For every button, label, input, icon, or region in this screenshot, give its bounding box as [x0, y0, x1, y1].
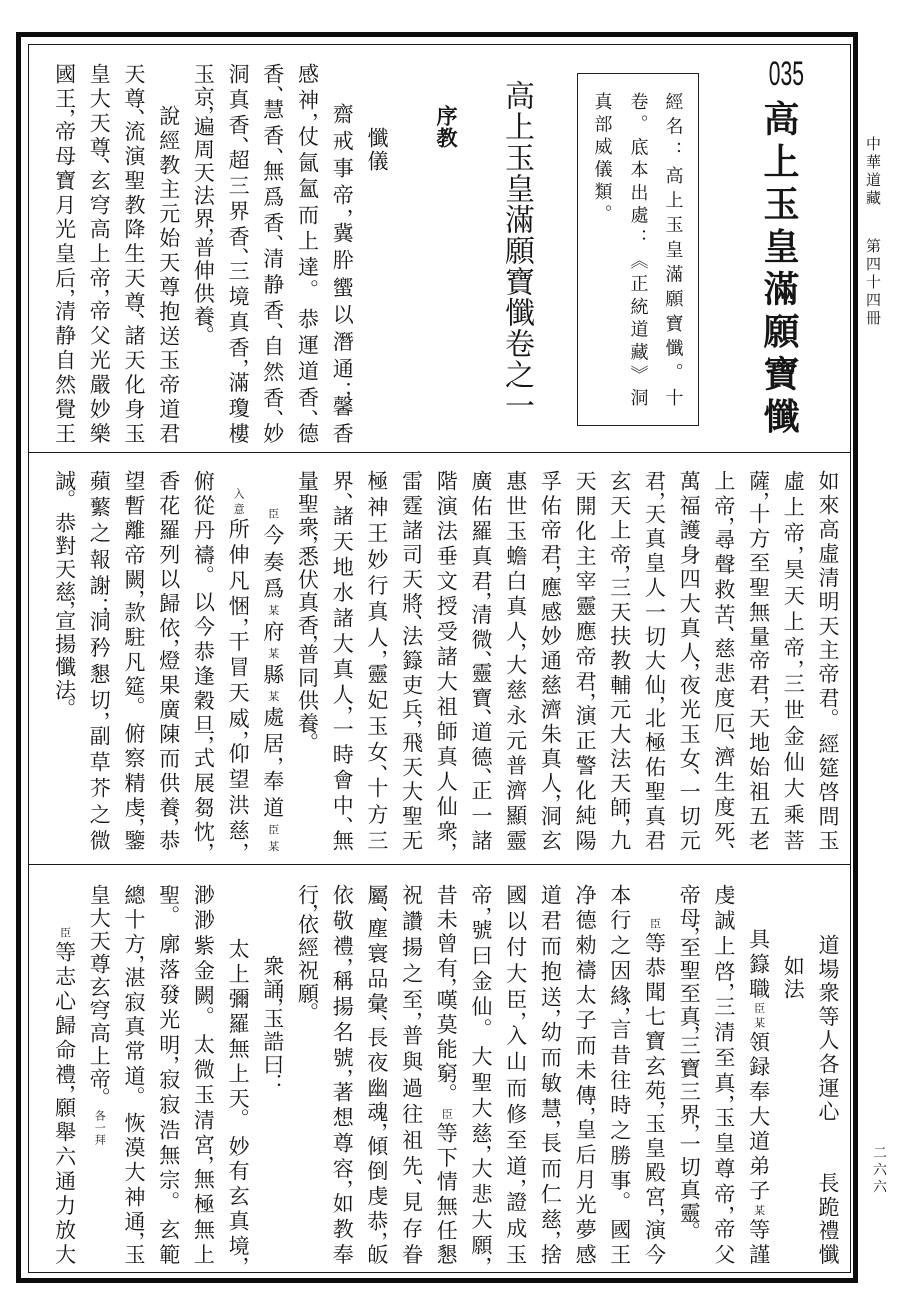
punctuation-mark: ，: [191, 105, 215, 126]
section-heading: 序教: [433, 105, 459, 149]
note-line: 經名：高上玉皇滿願寶懺。十: [661, 92, 685, 408]
punctuation-mark: ，: [538, 1008, 562, 1032]
punctuation-mark: ，: [53, 108, 77, 131]
punctuation-mark: ，: [608, 564, 632, 587]
text-column: 聖。 廓落發光明，寂寂浩無宗。 玄範: [156, 884, 182, 1266]
punctuation-mark: ，: [191, 1155, 215, 1179]
scripture-number: 035: [758, 57, 800, 91]
text-column: 屬、塵寰品彙、長夜幽魂，傾倒虔恭，皈: [364, 884, 390, 1266]
punctuation-mark: ，: [226, 730, 250, 754]
punctuation-mark: ，: [365, 649, 389, 674]
volume-title: 高上玉皇滿願寶懺卷之一: [501, 80, 531, 421]
running-header-volume: 第四十四冊: [863, 238, 883, 328]
punctuation-mark: ，: [261, 997, 285, 1018]
punctuation-mark: 、: [330, 492, 354, 516]
text-column: 昔未曾有，嘆莫能窮。 臣等下情無任懇: [433, 884, 459, 1266]
text-column: 國王，帝母寶月光皇后，清静自然覺王: [52, 63, 78, 445]
punctuation-mark: 、: [296, 409, 320, 434]
punctuation-mark: ，: [157, 817, 181, 840]
text-column: 道君而抱送，幼而敏慧，長而仁慈，捨: [537, 884, 563, 1266]
punctuation-mark: 、: [122, 312, 146, 335]
text-segment: 領録奉大道弟子: [747, 1031, 771, 1205]
punctuation-mark: ，: [296, 112, 320, 137]
punctuation-mark: 、: [469, 650, 493, 673]
punctuation-mark: ，: [781, 659, 805, 684]
punctuation-mark: ，: [226, 1256, 250, 1277]
text-column: 入意所伸凡悃，干冒天威，仰望洪慈，: [225, 488, 251, 852]
punctuation-mark: ，: [504, 642, 528, 666]
annotation-small-text: 臣某: [753, 1002, 766, 1031]
punctuation-mark: 、: [261, 147, 285, 171]
punctuation-mark: 。: [191, 325, 215, 346]
section-divider: [28, 864, 851, 865]
text-column: 極神王妙行真人，靈妃玉女、十方三: [364, 470, 390, 852]
punctuation-mark: ，: [469, 591, 493, 614]
punctuation-mark: 、: [365, 764, 389, 789]
text-column: 總十方，湛寂真常道。 恢漠大神通，玉: [121, 884, 147, 1266]
punctuation-mark: ，: [226, 617, 250, 641]
punctuation-mark: ，: [365, 1231, 389, 1254]
punctuation-mark: 、: [365, 1014, 389, 1037]
punctuation-mark: ，: [53, 600, 77, 621]
punctuation-mark: ，: [538, 1119, 562, 1143]
text-segment: 府: [261, 621, 285, 648]
punctuation-mark: 、: [330, 816, 354, 840]
punctuation-mark: ，: [504, 1178, 528, 1203]
punctuation-mark: ，: [677, 662, 701, 685]
punctuation-mark: ，: [643, 695, 667, 718]
punctuation-mark: 、: [261, 234, 285, 258]
text-segment: 具籙職: [747, 928, 771, 1002]
text-column: 惠世玉蟾白真人，大慈永元普濟顯靈: [503, 470, 529, 852]
punctuation-mark: 、: [261, 409, 285, 433]
punctuation-mark: ，: [400, 719, 424, 742]
punctuation-mark: ，: [643, 1207, 667, 1230]
text-column: 雷霆諸司天將、法籙吏兵，飛天大聖无: [399, 470, 425, 852]
punctuation-mark: ，: [538, 1230, 562, 1254]
note-line: 真部威儀類。: [590, 92, 614, 408]
text-column: 渺渺紫金闕。 太微玉清宮，無極無上: [190, 884, 216, 1266]
punctuation-mark: ，: [747, 695, 771, 718]
punctuation-mark: ，: [122, 954, 146, 977]
punctuation-mark: 。: [53, 698, 77, 719]
punctuation-mark: ，: [504, 1011, 528, 1036]
punctuation-mark: 、: [712, 733, 736, 756]
punctuation-mark: ，: [434, 842, 458, 863]
text-column: 依敬禮，稱揚名號，著想尊容，如教奉: [329, 884, 355, 1266]
text-column: 薩，十方至聖無量帝君，天地始祖五老: [746, 470, 772, 852]
punctuation-mark: 。: [122, 1086, 146, 1099]
text-column: 階演法垂文授受諸大祖師真人仙衆，: [433, 470, 459, 852]
punctuation-mark: ，: [296, 535, 320, 556]
text-segment: 等下情無任懇: [434, 1122, 458, 1266]
text-column: 臣今奏爲某府某縣某處居，奉道臣某: [260, 508, 286, 852]
punctuation-mark: 、: [261, 85, 285, 109]
punctuation-mark: ，: [330, 705, 354, 729]
punctuation-mark: ，: [712, 516, 736, 539]
text-segment: 等謹: [747, 1219, 771, 1266]
punctuation-mark: ，: [122, 1231, 146, 1254]
punctuation-mark: ；: [330, 381, 354, 402]
punctuation-mark: ，: [53, 1084, 77, 1107]
punctuation-mark: 、: [226, 247, 250, 271]
punctuation-mark: 。: [191, 565, 215, 578]
punctuation-mark: 。: [434, 1083, 458, 1095]
running-header-collection: 中華道藏: [863, 136, 883, 208]
punctuation-mark: ，: [330, 957, 354, 981]
annotation-small-text: 入意: [232, 488, 245, 518]
text-column: 孚佑帝君，應感妙通慈濟朱真人，洞玄: [537, 470, 563, 852]
punctuation-mark: 。: [226, 1108, 250, 1121]
text-column: 具籙職臣某領録奉大道弟子某等謹: [746, 928, 772, 1266]
punctuation-mark: ，: [191, 735, 215, 758]
punctuation-mark: ，: [191, 842, 215, 863]
punctuation-mark: 。: [157, 1191, 181, 1204]
text-column: 帝母，至聖至真，三寶三界，一切真靈。: [676, 884, 702, 1266]
text-column: 國以付大臣，入山而修至道，證成玉: [503, 884, 529, 1266]
text-column: 帝，號曰金仙。 大聖大慈，大悲大願，: [468, 884, 494, 1266]
text-column: 皇大天尊玄穹高上帝。 各一拜: [86, 884, 112, 1266]
punctuation-mark: 、: [677, 768, 701, 791]
annotation-small-text: 某: [267, 604, 280, 620]
punctuation-mark: ，: [608, 1006, 632, 1030]
punctuation-mark: ，: [712, 982, 736, 1006]
annotation-small-text: 臣: [267, 508, 280, 524]
text-segment: 皇大天尊玄穹高上帝。: [87, 884, 111, 1110]
punctuation-mark: ，: [747, 491, 771, 514]
text-column: 道場衆等人各運心 長跪禮懺: [815, 934, 841, 1266]
text-column: 衆誦，玉誥曰：: [260, 955, 286, 1266]
text-segment: 等志心歸命禮，願舉六通力放大: [53, 941, 77, 1266]
punctuation-mark: 。: [157, 905, 181, 918]
scripture-title: 高上玉皇滿願寶懺: [758, 100, 798, 440]
text-column: 說經教主元始天尊抱送玉帝道君: [156, 105, 182, 445]
punctuation-mark: ，: [330, 1068, 354, 1092]
punctuation-mark: ，: [365, 1122, 389, 1145]
subsection-heading: 懺儀: [364, 127, 390, 173]
text-column: 祝讚揚之至，普與過往祖先、見存眷: [399, 884, 425, 1266]
scanned-scripture-page: 中華道藏 第四十四冊 二六六 035 高上玉皇滿願寶懺 經名：高上玉皇滿願寶懺。…: [0, 0, 900, 1300]
punctuation-mark: ，: [434, 977, 458, 1000]
annotation-small-text: 臣某: [267, 824, 280, 852]
punctuation-mark: 、: [712, 625, 736, 648]
text-column: 感神，仗氤氳而上達。 恭運道香、德: [295, 63, 321, 445]
punctuation-mark: ，: [122, 817, 146, 840]
punctuation-mark: ，: [712, 1205, 736, 1229]
punctuation-mark: ，: [573, 692, 597, 716]
punctuation-mark: 、: [365, 905, 389, 928]
punctuation-mark: 。: [296, 1002, 320, 1023]
punctuation-mark: 。: [53, 489, 77, 500]
punctuation-mark: ，: [643, 491, 667, 514]
text-column: 如法: [780, 955, 806, 1266]
text-column: 皇大天尊、玄穹高上帝，帝父光嚴妙樂: [86, 63, 112, 445]
punctuation-mark: 。: [296, 732, 320, 753]
punctuation-mark: 。: [469, 1018, 493, 1032]
text-column: 界、諸天地水諸大真人，一時會中、無: [329, 470, 355, 852]
text-column: 香、慧香、無爲香、清静香、自然香、妙: [260, 63, 286, 445]
punctuation-mark: 、: [712, 842, 736, 863]
text-column: 虛上帝，昊天上帝，三世金仙大乘菩: [780, 470, 806, 852]
text-column: 齋戒事帝，冀肸蠁以潛通；馨香: [329, 103, 355, 445]
punctuation-mark: ，: [87, 288, 111, 311]
punctuation-mark: ，: [157, 1055, 181, 1079]
punctuation-mark: ：: [261, 1073, 285, 1094]
text-column: 本行之因緣，言昔往時之勝事。 國王: [607, 884, 633, 1266]
punctuation-mark: ，: [87, 711, 111, 736]
punctuation-mark: ，: [400, 1011, 424, 1036]
punctuation-mark: 、: [469, 708, 493, 731]
text-segment: 縣: [261, 664, 285, 691]
punctuation-mark: 。: [191, 1006, 215, 1019]
punctuation-mark: ，: [296, 903, 320, 924]
punctuation-mark: ，: [191, 227, 215, 248]
page-number: 二六六: [869, 1145, 889, 1196]
punctuation-mark: ，: [677, 1123, 701, 1144]
punctuation-mark: 、: [122, 108, 146, 131]
text-column: 俯從丹禱。 以今恭逢穀旦，式展芻忱，: [190, 470, 216, 852]
punctuation-mark: ，: [330, 208, 354, 234]
annotation-small-text: 某: [267, 690, 280, 706]
text-column: 太上彌羅無上天。 妙有玄真境，: [225, 938, 251, 1266]
text-column: 玄天上帝，三天扶教輔元大法天師，九: [607, 470, 633, 852]
punctuation-mark: ，: [226, 358, 250, 382]
text-column: 蘋蘩之報謝；洞矜懇切，副草芥之微: [86, 470, 112, 852]
text-column: 天尊、流演聖教降生天尊、諸天化身玉: [121, 63, 147, 445]
punctuation-mark: ；: [87, 597, 111, 618]
text-column: 量聖衆，悉伏真香，普同供養。: [295, 470, 321, 852]
punctuation-mark: ，: [296, 634, 320, 655]
text-column: 香花羅列以歸依，燈果廣陳而供養，恭: [156, 470, 182, 852]
punctuation-mark: ，: [330, 1179, 354, 1203]
punctuation-mark: ，: [53, 288, 77, 311]
punctuation-mark: ，: [261, 756, 285, 781]
punctuation-mark: ，: [573, 1106, 597, 1130]
text-segment: 等恭聞七寶玄苑，玉皇殿宮，演今: [643, 932, 667, 1266]
text-column: 廣佑羅真君，清微、靈寶、道德、正一諸: [468, 470, 494, 852]
annotation-small-text: 某: [267, 647, 280, 663]
text-segment: 處居，奉道: [261, 706, 285, 823]
punctuation-mark: 、: [261, 322, 285, 346]
text-column: 君，天真皇人一切大仙，北極佑聖真君: [642, 470, 668, 852]
punctuation-mark: ，: [157, 638, 181, 661]
punctuation-mark: 。: [677, 1221, 701, 1242]
text-column: 望暫離帝闕，款駐凡筵。 俯察精虔，鑒: [121, 470, 147, 852]
text-column: 臣等恭聞七寶玄苑，玉皇殿宮，演今: [642, 918, 668, 1266]
text-column: 行，依經祝願。: [295, 884, 321, 1266]
punctuation-mark: ，: [226, 842, 250, 863]
punctuation-mark: 。: [296, 279, 320, 293]
text-column: 天開化主宰靈應帝君，演正警化純陽: [572, 470, 598, 852]
text-column: 誠。 恭對天慈，宣揚懺法。: [52, 470, 78, 852]
annotation-small-text: 臣: [59, 927, 72, 941]
annotation-small-text: 各一拜: [93, 1110, 106, 1146]
punctuation-mark: 。: [122, 696, 146, 709]
punctuation-mark: 、: [226, 136, 250, 160]
punctuation-mark: ，: [608, 817, 632, 840]
annotation-small-text: 臣: [649, 918, 662, 932]
text-column: 如來高虛清明天主帝君。 經筵啓問玉: [815, 470, 841, 852]
text-column: 玉京，遍周天法界，普伸供養。: [190, 63, 216, 445]
punctuation-mark: 。: [87, 1087, 111, 1098]
text-column: 虔誠上啓，三清至真，玉皇尊帝，帝父: [711, 884, 737, 1266]
text-segment: 今奏爲: [261, 524, 285, 604]
text-column: 洞真香、超三界香、三境真香，滿瓊樓: [225, 63, 251, 445]
source-note-box: 經名：高上玉皇滿願寶懺。十 卷。底本出處：《正統道藏》洞 真部威儀類。: [577, 73, 699, 426]
section-divider: [28, 452, 851, 453]
scripture-number-text: 035: [769, 57, 804, 91]
punctuation-mark: 、: [87, 157, 111, 180]
text-segment: 所伸凡悃，干冒天威，仰望洪慈，: [226, 518, 250, 852]
text-column: 臣等志心歸命禮，願舉六通力放大: [52, 927, 78, 1266]
punctuation-mark: ，: [712, 1094, 736, 1118]
punctuation-mark: ，: [677, 926, 701, 947]
punctuation-mark: ，: [469, 1144, 493, 1168]
punctuation-mark: 、: [400, 613, 424, 636]
annotation-small-text: 臣: [440, 1108, 453, 1122]
note-line: 卷。底本出處：《正統道藏》洞: [626, 92, 650, 408]
punctuation-mark: 、: [469, 767, 493, 790]
punctuation-mark: 。: [608, 1191, 632, 1204]
punctuation-mark: ，: [677, 1025, 701, 1046]
punctuation-mark: ，: [781, 545, 805, 570]
punctuation-mark: ，: [469, 1256, 493, 1277]
punctuation-mark: ，: [538, 564, 562, 587]
text-segment: 昔未曾有，嘆莫能窮。: [434, 884, 458, 1108]
punctuation-mark: ，: [122, 589, 146, 612]
punctuation-mark: ，: [643, 1100, 667, 1123]
text-column: 上帝，尋聲救苦、慈悲度厄、濟生度死、: [711, 470, 737, 852]
text-column: 净德勑禱太子而未傳，皇后月光夢感: [572, 884, 598, 1266]
punctuation-mark: 、: [400, 1178, 424, 1203]
text-column: 萬福護身四大真人，夜光玉女、一切元: [676, 470, 702, 852]
punctuation-mark: ，: [538, 793, 562, 816]
punctuation-mark: 。: [816, 708, 840, 720]
punctuation-mark: ，: [469, 906, 493, 930]
annotation-small-text: 某: [753, 1204, 766, 1218]
